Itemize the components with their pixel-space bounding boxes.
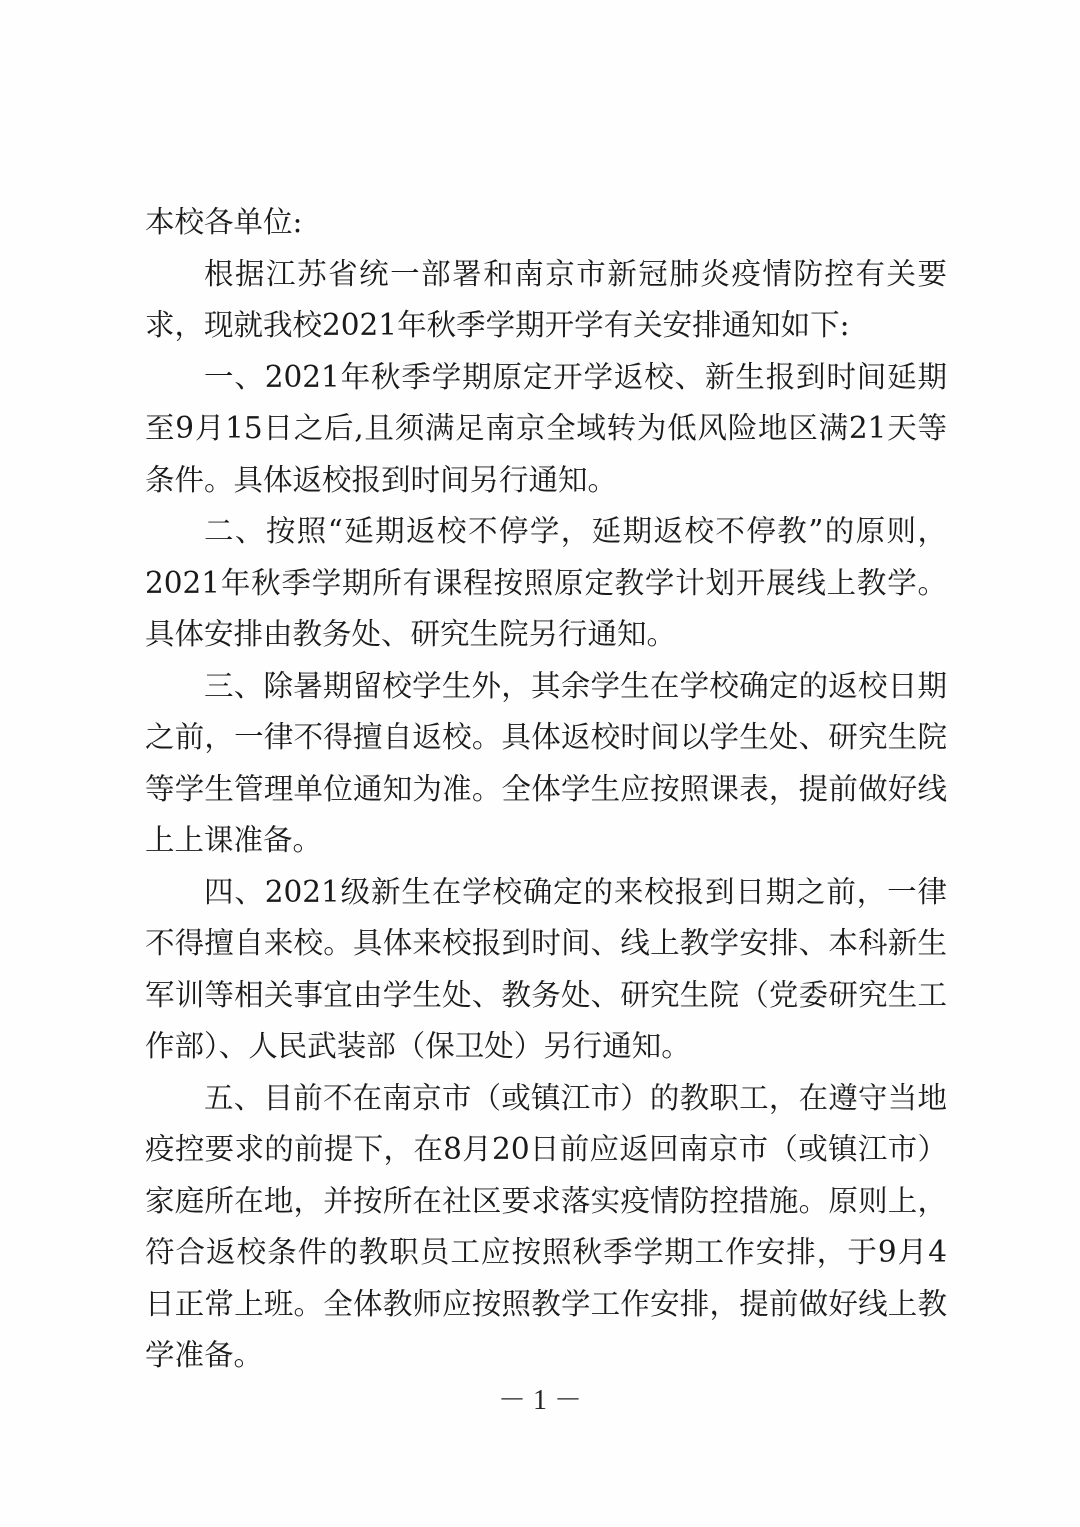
salutation: 本校各单位: xyxy=(145,197,947,249)
document-page: 本校各单位: 根据江苏省统一部署和南京市新冠肺炎疫情防控有关要求，现就我校202… xyxy=(0,0,1080,1527)
document-body: 本校各单位: 根据江苏省统一部署和南京市新冠肺炎疫情防控有关要求，现就我校202… xyxy=(145,197,947,1382)
paragraph-item-3: 三、除暑期留校学生外，其余学生在学校确定的返校日期之前，一律不得擅自返校。具体返… xyxy=(145,661,947,867)
paragraph-item-4: 四、2021级新生在学校确定的来校报到日期之前，一律不得擅自来校。具体来校报到时… xyxy=(145,867,947,1073)
paragraph-item-1: 一、2021年秋季学期原定开学返校、新生报到时间延期至9月15日之后,且须满足南… xyxy=(145,352,947,507)
paragraph-item-5: 五、目前不在南京市（或镇江市）的教职工，在遵守当地疫控要求的前提下，在8月20日… xyxy=(145,1073,947,1382)
page-number: － 1 － xyxy=(0,1378,1080,1418)
paragraph-intro: 根据江苏省统一部署和南京市新冠肺炎疫情防控有关要求，现就我校2021年秋季学期开… xyxy=(145,249,947,352)
paragraph-item-2: 二、按照“延期返校不停学，延期返校不停教”的原则，2021年秋季学期所有课程按照… xyxy=(145,506,947,661)
